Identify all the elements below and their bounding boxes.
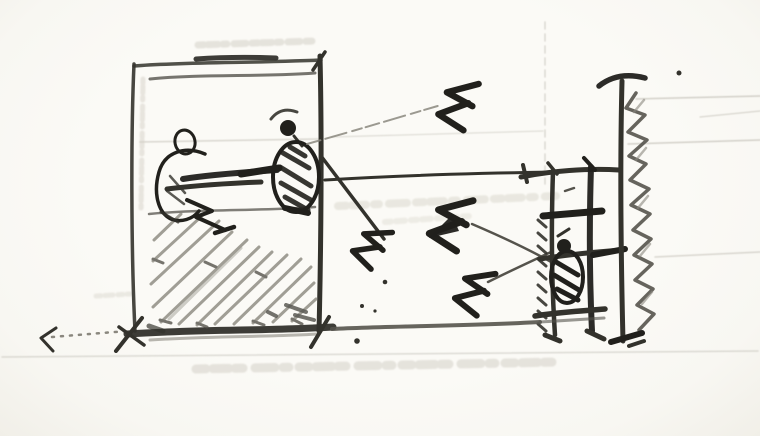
wall-figure — [271, 110, 319, 213]
rule-line — [332, 131, 543, 137]
dark-ray-to-lower-arrow — [321, 156, 384, 239]
pencil-dot — [373, 309, 376, 312]
smudge — [268, 312, 276, 316]
booth-figure — [551, 229, 583, 303]
hatch-hook — [253, 321, 264, 325]
sketch-page: Hand-drawn pencil section sketch: a box-… — [0, 0, 760, 436]
bleed-row — [198, 41, 314, 45]
hatch-stroke — [161, 240, 247, 322]
booth-post-left — [552, 171, 555, 335]
wall-foot-tick — [629, 341, 644, 346]
booth-rail-lower — [535, 309, 605, 316]
bleed-row — [196, 362, 560, 369]
ground-mid-segment — [332, 322, 540, 329]
hatch-hook — [197, 323, 207, 327]
bleed-column — [141, 79, 143, 212]
zigzag-arrow-mid-left — [349, 221, 393, 271]
zigzag-arrow-top — [436, 78, 478, 132]
pencil-dot — [383, 280, 388, 285]
hatch-stroke — [234, 259, 301, 324]
floor-hatching — [149, 214, 316, 331]
booth-small-tick — [565, 188, 574, 191]
room-right-wall — [319, 56, 321, 331]
booth-rail-upper — [543, 211, 602, 216]
scaffold-booth — [521, 158, 625, 341]
pencil-dot — [354, 338, 360, 344]
booth-figure-fill-scribble — [554, 262, 579, 300]
rule-line — [700, 111, 760, 117]
room-top-inner-smudge — [150, 73, 315, 79]
room-top-edge — [134, 60, 321, 66]
zigzag-arrow-bottom — [452, 265, 496, 318]
smudge — [295, 315, 314, 320]
wall-foot-stroke — [611, 333, 642, 342]
room-left-wall — [132, 64, 135, 331]
rule-line — [655, 252, 760, 257]
seated-figure — [156, 128, 279, 233]
faint-ray-to-upper-arrow — [307, 105, 441, 144]
figure-arm-bar-lower — [167, 182, 261, 189]
motion-arrows — [349, 78, 496, 317]
sketch-canvas — [0, 0, 760, 436]
figure-body-fill-scribble — [280, 147, 311, 210]
right-wall — [599, 71, 682, 347]
booth-post-right — [590, 167, 592, 331]
figure-head-solid — [280, 120, 296, 136]
booth-top-bar — [521, 169, 619, 177]
hatch-stroke — [215, 255, 287, 324]
pencil-dot — [360, 304, 364, 308]
rule-line — [636, 96, 760, 99]
room-top-heavy-stroke — [196, 57, 276, 59]
pencil-dots — [354, 280, 387, 344]
ground-dotted-extension — [52, 331, 127, 337]
bleed-patch — [96, 294, 130, 296]
booth-top-left-tick — [523, 165, 527, 182]
booth-figure-top-tick — [558, 229, 569, 236]
wall-vertical-line — [621, 81, 623, 341]
figure-head-wisp — [271, 110, 297, 119]
ground-left-arrowhead — [41, 328, 56, 351]
pencil-dot — [677, 71, 682, 76]
hatch-hook — [153, 259, 163, 263]
hatch-hook — [205, 262, 216, 267]
